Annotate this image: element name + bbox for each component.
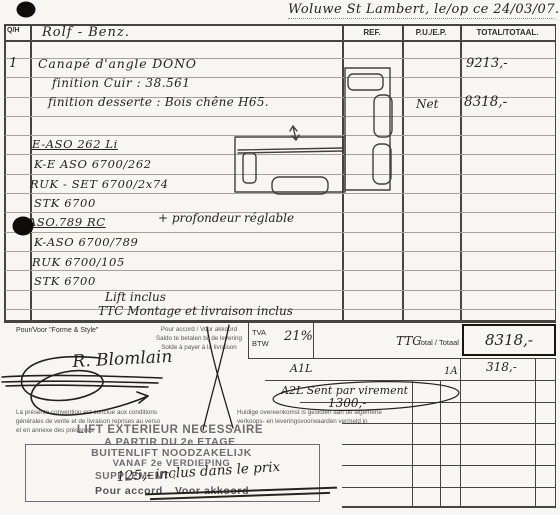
footer-line	[342, 465, 556, 466]
table-border-bottom	[4, 320, 556, 323]
footer-line	[342, 487, 556, 488]
rule-line	[5, 154, 555, 155]
sofa-sketch	[235, 68, 392, 194]
footer-line	[342, 444, 556, 445]
rule-line	[5, 174, 555, 175]
rule-line	[5, 232, 555, 233]
total-amount-box: 8318,-	[462, 324, 556, 356]
stamp-pour-accord: Pour accord	[95, 485, 163, 497]
table-border-left	[4, 24, 6, 322]
code-line: K-E ASO 6700/262	[34, 157, 152, 171]
item-desc-1: Canapé d'angle DONO	[38, 56, 197, 71]
item-price-net: 8318,-	[464, 94, 507, 110]
code-line: E-ASO 262 Li	[32, 137, 118, 151]
item-desc-2: finition Cuir : 38.561	[52, 76, 190, 90]
item-desc-3: finition desserte : Bois chêne H65.	[48, 95, 269, 109]
a2-amount: 1300,-	[328, 396, 366, 410]
accord-line-2: Saldo te betalen bij de levering	[140, 335, 258, 342]
rule-line	[5, 290, 555, 291]
a1-code: A1L	[290, 362, 312, 375]
footer-line	[248, 358, 556, 359]
stamp-line-1: LIFT EXTERIEUR NECESSAIRE	[30, 424, 310, 436]
col-divider-pu	[402, 24, 404, 322]
net-label: Net	[416, 97, 438, 111]
fine-print-fr-1: La présente convention est conclue aux c…	[16, 409, 157, 416]
accord-line-1: Pour accord / Voor akkoord	[140, 326, 258, 333]
footer-vline	[440, 380, 441, 507]
col-divider-ref	[342, 24, 344, 322]
a1-amount: 318,-	[486, 360, 517, 374]
date-line-rule	[288, 18, 554, 19]
signature-name: R. Blomlain	[72, 347, 173, 372]
forme-style-label: Pour/Voor "Forme & Style"	[16, 327, 98, 334]
footer-vline	[460, 358, 461, 507]
footer-line	[342, 423, 556, 424]
header-ref: REF.	[342, 28, 402, 37]
item-qty: 1	[9, 56, 17, 71]
height-arrow	[293, 126, 296, 140]
col-divider-qh	[30, 24, 32, 322]
tva-cell-right	[313, 322, 314, 358]
date-location-line: Woluwe St Lambert, le/op ce 24/03/07.	[288, 2, 559, 17]
header-qh: Q/H	[7, 27, 19, 34]
footer-vline	[535, 358, 536, 507]
header-separator	[4, 40, 556, 42]
rule-line	[5, 251, 555, 252]
header-total: TOTAL/TOTAAL.	[460, 28, 555, 37]
code-line: RUK - SET 6700/2x74	[30, 177, 169, 191]
total-label: Total / Totaal	[417, 338, 459, 347]
code-line: STK 6700	[34, 274, 96, 288]
rule-line	[5, 116, 555, 117]
code-line-aso789: ASO.789 RC	[28, 215, 106, 229]
fine-print-nl-1: Huidige overeenkomst is gesloten aan de …	[237, 409, 382, 416]
lift-note: Lift inclus	[105, 290, 166, 304]
depth-note: + profondeur réglable	[158, 211, 294, 225]
item-price-gross: 9213,-	[466, 56, 508, 71]
footer-line	[265, 380, 556, 381]
punch-hole-top	[17, 2, 36, 18]
scanned-order-form: Woluwe St Lambert, le/op ce 24/03/07. Q/…	[0, 0, 560, 515]
code-line: RUK 6700/105	[32, 255, 125, 269]
tva-value: 21%	[284, 329, 313, 344]
rule-line	[5, 135, 555, 136]
footer-vline-right	[555, 358, 556, 507]
code-line: K-ASO 6700/789	[34, 235, 138, 249]
rule-line	[5, 193, 555, 194]
footer-line-bottom	[342, 506, 556, 508]
table-border-right	[555, 24, 557, 322]
total-amount: 8318,-	[464, 326, 554, 354]
ttc-note: TTC Montage et livraison inclus	[98, 304, 293, 318]
brand-handwritten: Rolf - Benz.	[42, 25, 130, 40]
rule-line	[5, 270, 555, 271]
col-divider-total	[460, 24, 462, 322]
a1-mid: 1A	[444, 366, 458, 377]
footer-vline	[412, 380, 413, 507]
code-line: STK 6700	[34, 196, 96, 210]
header-pu-ep: P.U./E.P.	[402, 28, 460, 37]
